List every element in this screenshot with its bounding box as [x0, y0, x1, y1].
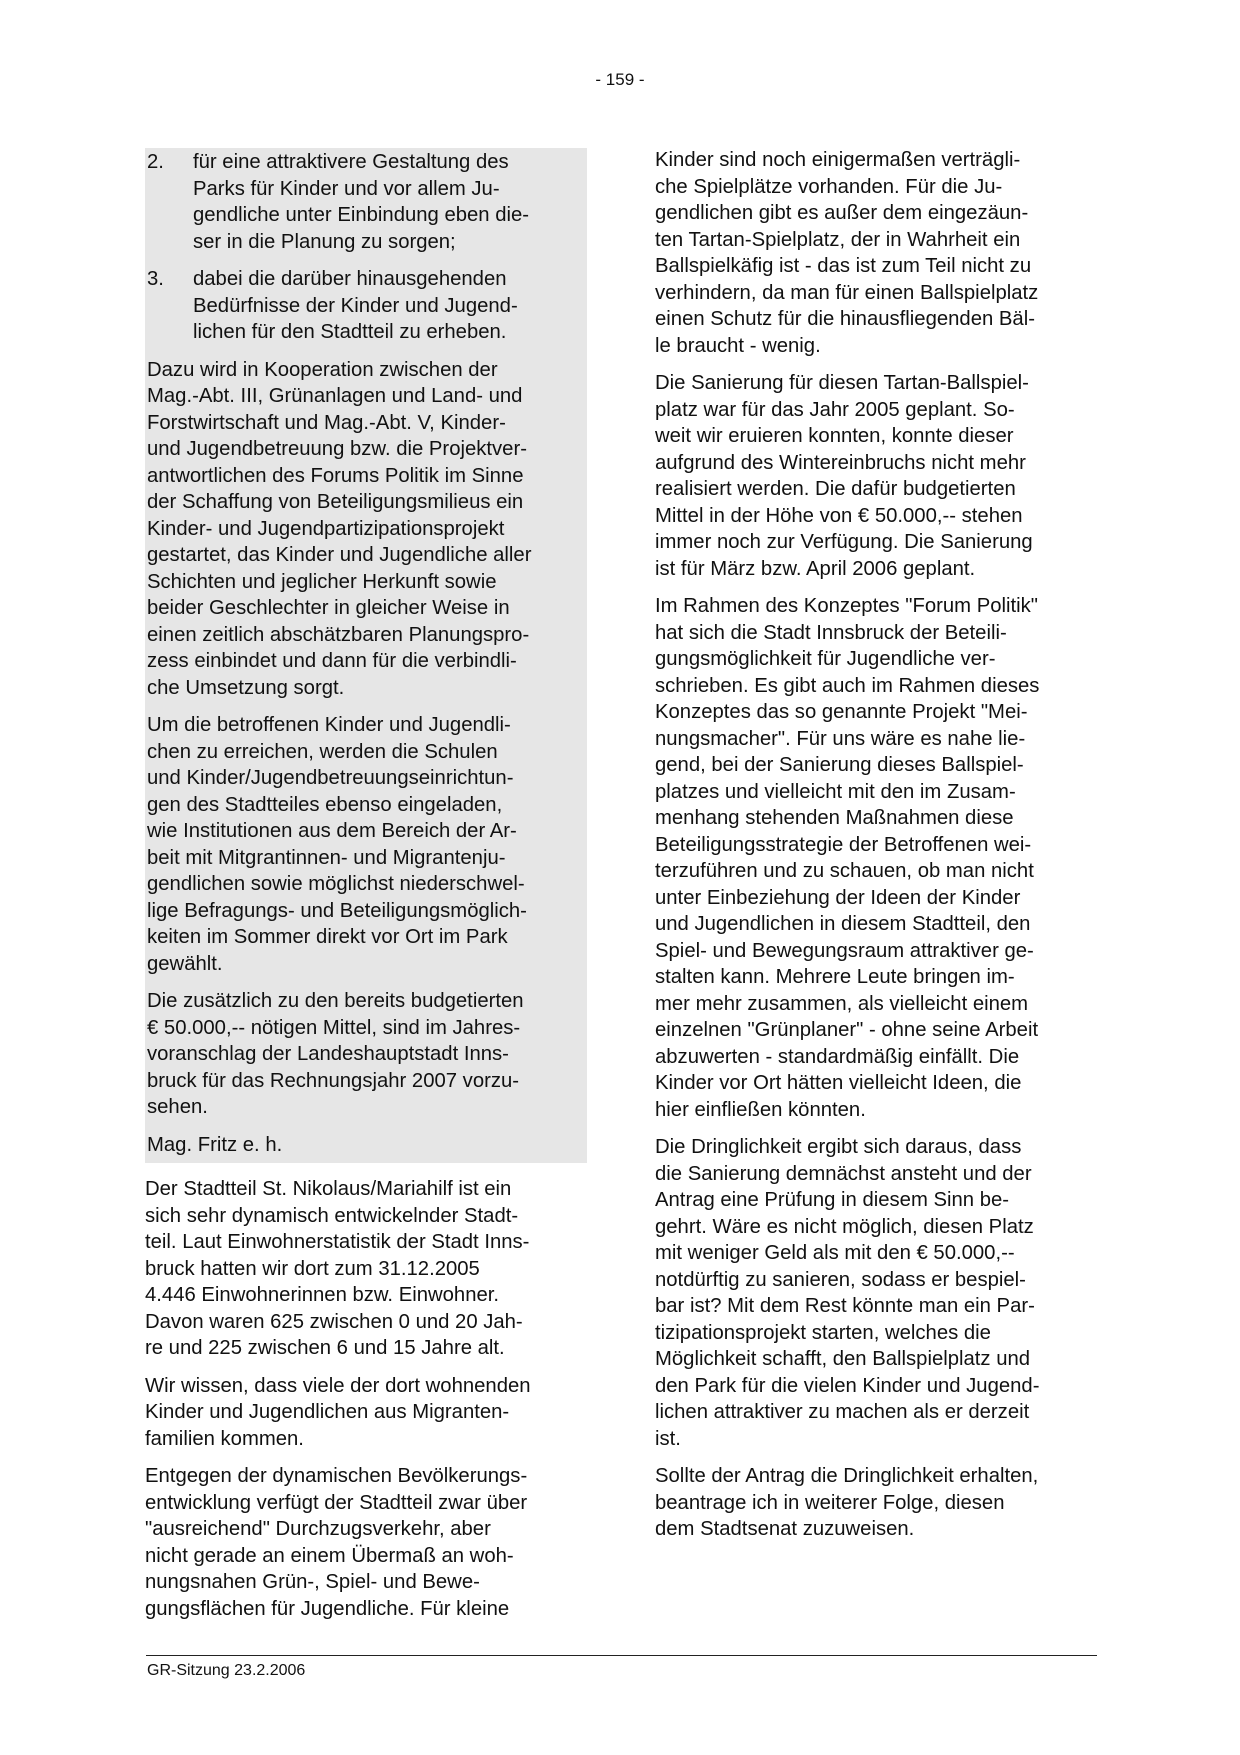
text-line: und Kinder/Jugendbetreuungseinrichtun- [147, 765, 587, 792]
text-line: € 50.000,-- nötigen Mittel, sind im Jahr… [147, 1015, 587, 1042]
paragraph-request: Sollte der Antrag die Dringlichkeit erha… [655, 1463, 1097, 1543]
text-line: voranschlag der Landeshauptstadt Inns- [147, 1041, 587, 1068]
paragraph-forum-politik: Im Rahmen des Konzeptes "Forum Politik" … [655, 593, 1097, 1123]
text-line: gendliche unter Einbindung eben die- [193, 202, 587, 229]
text-line: hier einfließen könnten. [655, 1097, 1097, 1124]
text-line: mer mehr zusammen, als vielleicht einem [655, 991, 1097, 1018]
paragraph-urgency: Die Dringlichkeit ergibt sich daraus, da… [655, 1134, 1097, 1452]
text-line: Die zusätzlich zu den bereits budgetiert… [147, 988, 587, 1015]
text-line: chen zu erreichen, werden die Schulen [147, 739, 587, 766]
text-line: verhindern, da man für einen Ballspielpl… [655, 280, 1097, 307]
text-line: einzelnen "Grünplaner" - ohne seine Arbe… [655, 1017, 1097, 1044]
right-column: Kinder sind noch einigermaßen verträgli-… [655, 147, 1097, 1554]
list-number: 2. [147, 149, 193, 255]
text-line: schrieben. Es gibt auch im Rahmen dieses [655, 673, 1097, 700]
text-line: ten Tartan-Spielplatz, der in Wahrheit e… [655, 227, 1097, 254]
list-item-3: 3. dabei die darüber hinausgehenden Bedü… [147, 266, 587, 346]
text-line: Sollte der Antrag die Dringlichkeit erha… [655, 1463, 1097, 1490]
text-line: notdürftig zu sanieren, sodass er bespie… [655, 1267, 1097, 1294]
footer-divider [146, 1655, 1097, 1656]
signature: Mag. Fritz e. h. [147, 1132, 587, 1163]
shaded-motion-block: 2. für eine attraktivere Gestaltung des … [145, 148, 587, 1163]
text-line: Schichten und jeglicher Herkunft sowie [147, 569, 587, 596]
text-line: lichen für den Stadtteil zu erheben. [193, 319, 587, 346]
paragraph-cooperation: Dazu wird in Kooperation zwischen der Ma… [147, 357, 587, 702]
text-line: dabei die darüber hinausgehenden [193, 266, 587, 293]
text-line: Mittel in der Höhe von € 50.000,-- stehe… [655, 503, 1097, 530]
text-line: abzuwerten - standardmäßig einfällt. Die [655, 1044, 1097, 1071]
text-line: einen Schutz für die hinausfliegenden Bä… [655, 306, 1097, 333]
list-number: 3. [147, 266, 193, 346]
text-line: Kinder- und Jugendpartizipationsprojekt [147, 516, 587, 543]
text-line: und Jugendlichen in diesem Stadtteil, de… [655, 911, 1097, 938]
left-body-text: Der Stadtteil St. Nikolaus/Mariahilf ist… [145, 1176, 587, 1622]
text-line: aufgrund des Wintereinbruchs nicht mehr [655, 450, 1097, 477]
text-line: sehen. [147, 1094, 587, 1121]
footer-session-date: GR-Sitzung 23.2.2006 [147, 1662, 305, 1680]
text-line: Kinder vor Ort hätten vielleicht Ideen, … [655, 1070, 1097, 1097]
text-line: Konzeptes das so genannte Projekt "Mei- [655, 699, 1097, 726]
text-line: bruck hatten wir dort zum 31.12.2005 [145, 1256, 587, 1283]
text-line: Kinder und Jugendlichen aus Migranten- [145, 1399, 587, 1426]
text-line: zess einbindet und dann für die verbindl… [147, 648, 587, 675]
text-line: Spiel- und Bewegungsraum attraktiver ge- [655, 938, 1097, 965]
text-line: gen des Stadtteiles ebenso eingeladen, [147, 792, 587, 819]
text-line: gendlichen gibt es außer dem eingezäun- [655, 200, 1097, 227]
text-line: 4.446 Einwohnerinnen bzw. Einwohner. [145, 1282, 587, 1309]
text-line: hat sich die Stadt Innsbruck der Beteili… [655, 620, 1097, 647]
text-line: teil. Laut Einwohnerstatistik der Stadt … [145, 1229, 587, 1256]
text-line: Mag. Fritz e. h. [147, 1132, 587, 1159]
text-line: den Park für die vielen Kinder und Jugen… [655, 1373, 1097, 1400]
text-line: bar ist? Mit dem Rest könnte man ein Par… [655, 1293, 1097, 1320]
text-line: immer noch zur Verfügung. Die Sanierung [655, 529, 1097, 556]
list-item-2: 2. für eine attraktivere Gestaltung des … [147, 149, 587, 255]
paragraph-renovation: Die Sanierung für diesen Tartan-Ballspie… [655, 370, 1097, 582]
text-line: nicht gerade an einem Übermaß an woh- [145, 1543, 587, 1570]
text-line: Kinder sind noch einigermaßen verträgli- [655, 147, 1097, 174]
text-line: gestartet, das Kinder und Jugendliche al… [147, 542, 587, 569]
text-line: unter Einbeziehung der Ideen der Kinder [655, 885, 1097, 912]
text-line: nungsmacher". Für uns wäre es nahe lie- [655, 726, 1097, 753]
text-line: realisiert werden. Die dafür budgetierte… [655, 476, 1097, 503]
text-line: Dazu wird in Kooperation zwischen der [147, 357, 587, 384]
text-line: ist für März bzw. April 2006 geplant. [655, 556, 1097, 583]
list-text: für eine attraktivere Gestaltung des Par… [193, 149, 587, 255]
list-text: dabei die darüber hinausgehenden Bedürfn… [193, 266, 587, 346]
paragraph-budget: Die zusätzlich zu den bereits budgetiert… [147, 988, 587, 1121]
text-line: entwicklung verfügt der Stadtteil zwar ü… [145, 1490, 587, 1517]
text-line: gehrt. Wäre es nicht möglich, diesen Pla… [655, 1214, 1097, 1241]
paragraph-district: Der Stadtteil St. Nikolaus/Mariahilf ist… [145, 1176, 587, 1362]
text-line: Entgegen der dynamischen Bevölkerungs- [145, 1463, 587, 1490]
text-line: gewählt. [147, 951, 587, 978]
text-line: wie Institutionen aus dem Bereich der Ar… [147, 818, 587, 845]
text-line: mit weniger Geld als mit den € 50.000,-- [655, 1240, 1097, 1267]
text-line: einen zeitlich abschätzbaren Planungspro… [147, 622, 587, 649]
text-line: lichen attraktiver zu machen als er derz… [655, 1399, 1097, 1426]
text-line: "ausreichend" Durchzugsverkehr, aber [145, 1516, 587, 1543]
text-line: der Schaffung von Beteiligungsmilieus ei… [147, 489, 587, 516]
text-line: Möglichkeit schafft, den Ballspielplatz … [655, 1346, 1097, 1373]
text-line: familien kommen. [145, 1426, 587, 1453]
paragraph-playgrounds: Kinder sind noch einigermaßen verträgli-… [655, 147, 1097, 359]
text-line: dem Stadtsenat zuzuweisen. [655, 1516, 1097, 1543]
text-line: Beteiligungsstrategie der Betroffenen we… [655, 832, 1097, 859]
text-line: Im Rahmen des Konzeptes "Forum Politik" [655, 593, 1097, 620]
text-line: ist. [655, 1426, 1097, 1453]
text-line: Antrag eine Prüfung in diesem Sinn be- [655, 1187, 1097, 1214]
text-line: antwortlichen des Forums Politik im Sinn… [147, 463, 587, 490]
text-line: sich sehr dynamisch entwickelnder Stadt- [145, 1203, 587, 1230]
text-line: Die Dringlichkeit ergibt sich daraus, da… [655, 1134, 1097, 1161]
text-line: tizipationsprojekt starten, welches die [655, 1320, 1097, 1347]
text-line: gend, bei der Sanierung dieses Ballspiel… [655, 752, 1097, 779]
text-line: terzuführen und zu schauen, ob man nicht [655, 858, 1097, 885]
text-line: für eine attraktivere Gestaltung des [193, 149, 587, 176]
text-line: die Sanierung demnächst ansteht und der [655, 1161, 1097, 1188]
text-line: Ballspielkäfig ist - das ist zum Teil ni… [655, 253, 1097, 280]
text-line: nungsnahen Grün-, Spiel- und Bewe- [145, 1569, 587, 1596]
text-line: che Spielplätze vorhanden. Für die Ju- [655, 174, 1097, 201]
text-line: platzes und vielleicht mit den im Zusam- [655, 779, 1097, 806]
text-line: che Umsetzung sorgt. [147, 675, 587, 702]
text-line: lige Befragungs- und Beteiligungsmöglich… [147, 898, 587, 925]
text-line: le braucht - wenig. [655, 333, 1097, 360]
page-number: - 159 - [0, 70, 1240, 90]
text-line: Um die betroffenen Kinder und Jugendli- [147, 712, 587, 739]
text-line: keiten im Sommer direkt vor Ort im Park [147, 924, 587, 951]
text-line: bruck für das Rechnungsjahr 2007 vorzu- [147, 1068, 587, 1095]
text-line: menhang stehenden Maßnahmen diese [655, 805, 1097, 832]
text-line: gungsmöglichkeit für Jugendliche ver- [655, 646, 1097, 673]
text-line: Der Stadtteil St. Nikolaus/Mariahilf ist… [145, 1176, 587, 1203]
text-line: Forstwirtschaft und Mag.-Abt. V, Kinder- [147, 410, 587, 437]
paragraph-outreach: Um die betroffenen Kinder und Jugendli- … [147, 712, 587, 977]
text-line: gungsflächen für Jugendliche. Für kleine [145, 1596, 587, 1623]
text-line: Parks für Kinder und vor allem Ju- [193, 176, 587, 203]
text-line: Die Sanierung für diesen Tartan-Ballspie… [655, 370, 1097, 397]
text-line: gendlichen sowie möglichst niederschwel- [147, 871, 587, 898]
text-line: re und 225 zwischen 6 und 15 Jahre alt. [145, 1335, 587, 1362]
text-line: stalten kann. Mehrere Leute bringen im- [655, 964, 1097, 991]
text-line: Wir wissen, dass viele der dort wohnende… [145, 1373, 587, 1400]
text-line: platz war für das Jahr 2005 geplant. So- [655, 397, 1097, 424]
left-column: 2. für eine attraktivere Gestaltung des … [145, 148, 587, 1633]
paragraph-green-space: Entgegen der dynamischen Bevölkerungs- e… [145, 1463, 587, 1622]
text-line: beantrage ich in weiterer Folge, diesen [655, 1490, 1097, 1517]
text-line: beit mit Mitgrantinnen- und Migrantenju- [147, 845, 587, 872]
text-line: weit wir eruieren konnten, konnte dieser [655, 423, 1097, 450]
text-line: ser in die Planung zu sorgen; [193, 229, 587, 256]
text-line: beider Geschlechter in gleicher Weise in [147, 595, 587, 622]
text-line: Mag.-Abt. III, Grünanlagen und Land- und [147, 383, 587, 410]
paragraph-migrants: Wir wissen, dass viele der dort wohnende… [145, 1373, 587, 1453]
text-line: Bedürfnisse der Kinder und Jugend- [193, 293, 587, 320]
text-line: und Jugendbetreuung bzw. die Projektver- [147, 436, 587, 463]
text-line: Davon waren 625 zwischen 0 und 20 Jah- [145, 1309, 587, 1336]
